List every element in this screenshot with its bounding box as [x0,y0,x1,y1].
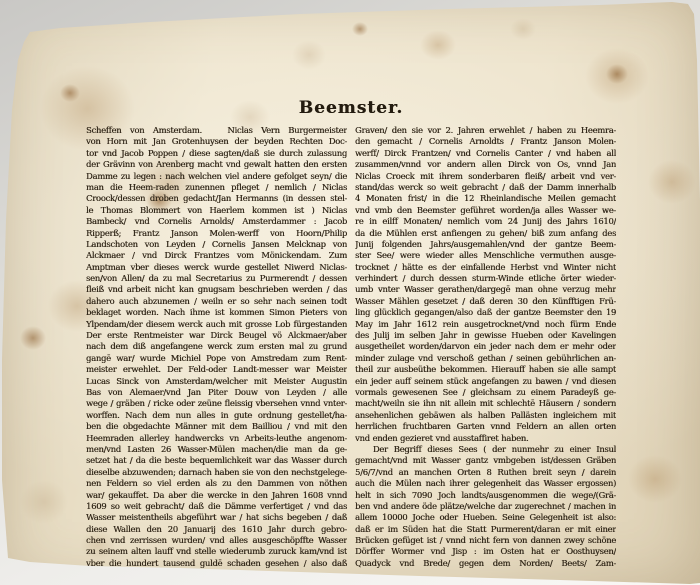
text-line: May im Jahr 1612 rein ausgetrocknet/vnd … [355,319,616,330]
stain-spot [606,64,628,84]
text-line: nach dem diß angefangene werck zum erste… [86,341,347,352]
text-line: ein jeder auff seinem stück angefangen z… [355,376,616,387]
stain-spot [20,326,46,350]
text-line: der Grävinn von Arenberg macht vnd gewal… [86,159,347,170]
text-line: Damme zu legen : nach welchen viel ander… [86,171,347,182]
text-line: gangē war/ wurde Michiel Pope von Amstre… [86,353,347,364]
text-line: allem 10000 Joche oder Hueben. Seine Gel… [355,512,616,523]
text-line: setzet hat / da die beste bequemlichkeit… [86,455,347,466]
text-line: beklaget worden. Nach ihme ist kommen Si… [86,307,347,318]
text-line: dieselbe abzuwenden; darnach haben sie v… [86,467,347,478]
text-line: zusammen/vnnd vor andern allen Dirck von… [355,159,616,170]
text-line: Amptman vber dieses werck wurde gestelle… [86,262,347,273]
text-line: chen vnd zerrissen wurden/ vnd alles aus… [86,535,347,546]
text-line: von Horn mit Jan Grotenhuysen der beyden… [86,136,347,147]
text-line: Alckmaer / vnd Dirck Frantzes vom Mönick… [86,250,347,261]
text-block: Beemster. Scheffen von Amsterdam. Niclas… [86,98,616,569]
text-line: 4 Monaten frist/ in die 12 Rheinlandisch… [355,193,616,204]
text-line: stand/das werck so weit gebracht / daß d… [355,182,616,193]
text-line: Wasser Mählen gesetzet / daß deren 30 de… [355,296,616,307]
stain-spot [510,18,536,40]
text-line: ling glücklich gegangen/also daß der gan… [355,307,616,318]
text-line: Dörffer Wormer vnd Jisp : im Osten hat e… [355,546,616,557]
text-line: herrlichen fruchtbaren Garten vnnd Felde… [355,421,616,432]
document-page: Beemster. Scheffen von Amsterdam. Niclas… [0,0,700,585]
text-line: Brücken gefüget ist / vnnd nicht fern vo… [355,535,616,546]
stain-spot [628,455,682,503]
stain-spot [292,40,326,70]
text-line: werff/ Dirck Frantzen/ vnd Cornelis Cant… [355,148,616,159]
text-line: trocknet / hätte es der einfallende Herb… [355,262,616,273]
text-line: Lucas Sinck von Amsterdam/welcher mit Me… [86,376,347,387]
text-line: sen/von Allen/ da zu mal Secretarius zu … [86,273,347,284]
text-line: ansehenlichen gebäwen als halben Palläst… [355,410,616,421]
text-line: zu seinem alten lauff vnd stelle wiederu… [86,546,347,557]
text-line: helt in sich 7090 Joch landts/ausgenomme… [355,490,616,501]
text-line: Ylpendam/der diesem werck auch mit gross… [86,319,347,330]
text-line: ben vnd andere öde plätze/welche dar zug… [355,501,616,512]
stain-spot [352,22,368,36]
text-line: Der Begriff dieses Sees ( der nunmehr zu… [355,444,616,455]
text-line: 1609 so weit gebracht/ daß die Dämme ver… [86,501,347,512]
text-line: Scheffen von Amsterdam. Niclas Vern Burg… [86,125,347,136]
text-line: Bas von Alemaer/vnd Jan Piter Douw von L… [86,387,347,398]
stain-spot [20,480,68,524]
text-line: Heemraden allerley handwercks vn Arbeits… [86,433,347,444]
text-line: Bambeck/ vnd Cornelis Arnolds/ Amsterdam… [86,216,347,227]
two-column-text: Scheffen von Amsterdam. Niclas Vern Burg… [86,125,616,569]
text-line: ausgetheilet worden/darvon ein jeder nac… [355,341,616,352]
text-line: Croock/dessen droben gedacht/Jan Hermann… [86,193,347,204]
text-line: den gemacht / Cornelis Arnoldts / Frantz… [355,136,616,147]
text-line: men/vnd Lasten 26 Wasser-Mülen machen/di… [86,444,347,455]
stain-spot [420,30,456,60]
text-line: vnd enden gezieret vnd ausstaffiret habe… [355,433,616,444]
text-line: Der erste Rentmeister war Dirck Beugel v… [86,330,347,341]
text-line: nen Feldern so viel erden als zu den Dam… [86,478,347,489]
text-line: macht/weiln sie ihn nit allein mit schle… [355,398,616,409]
text-line: da die Mühlen erst anfiengen zu gehen/ b… [355,228,616,239]
text-line: verhindert / durch dessen sturm-Winde et… [355,273,616,284]
stain-spot [60,84,80,102]
text-line: le Thomas Blommert von Haerlem kommen is… [86,205,347,216]
text-line: ben die obgedachte Männer mit dem Bailli… [86,421,347,432]
text-column-right: Graven/ den sie vor 2. Jahren erwehlet /… [355,125,616,569]
text-line: fleiß vnd arbeit nicht kan gnugsam besch… [86,284,347,295]
text-line: 5/6/7/vnd an manchen Orten 8 Ruthen brei… [355,467,616,478]
text-line: gemacht/vnd mit Wasser gantz vmbgeben is… [355,455,616,466]
text-line: minder zulage vnd verschoß gethan / sein… [355,353,616,364]
text-line: war/ gekauffet. Da aber die wercke in de… [86,490,347,501]
text-line: vnd vmb den Beemster geführet worden/ja … [355,205,616,216]
page-title: Beemster. [86,98,616,118]
text-line: Graven/ den sie vor 2. Jahren erwehlet /… [355,125,616,136]
text-line: auch die Mülen nach ihrer gelegenheit da… [355,478,616,489]
text-line: theil zur ausbeüthe bekommen. Hierauff h… [355,364,616,375]
text-line: meister erwehlet. Der Feld-oder Landt-me… [86,364,347,375]
text-column-left: Scheffen von Amsterdam. Niclas Vern Burg… [86,125,347,569]
text-line: dahero auch abzunemen / weiln er so sehr… [86,296,347,307]
text-line: Niclas Croeck mit ihrem sonderbaren flei… [355,171,616,182]
text-line: tor vnd Jacob Poppen / diese sagten/daß … [86,148,347,159]
text-line: wege / gräben / ricke oder zeüne fleissi… [86,398,347,409]
text-line: man die Heem-raden zunennen pfleget / ne… [86,182,347,193]
text-line: re in eilff Monaten/ nemlich vom 24 Juni… [355,216,616,227]
text-line: des Julij im selben Jahr in gewisse Hueb… [355,330,616,341]
text-line: daß er im Süden hat die Statt Purmerent/… [355,524,616,535]
stain-spot [648,160,696,204]
stain-spot [585,48,649,104]
text-line: Landschoten von Leyden / Cornelis Jansen… [86,239,347,250]
text-line: vber die hundert tausend guldē schaden g… [86,558,347,569]
text-line: worffen. Nach dem nun alles in gute ordn… [86,410,347,421]
text-line: umb vnter Wasser gerathen/dargegē man oh… [355,284,616,295]
text-line: diese Wallen den 20 Januarij des 1610 Ja… [86,524,347,535]
text-line: Ripperß; Frantz Janson Molen-werff von H… [86,228,347,239]
text-line: Wasser meistentheils abgeführt war / hat… [86,512,347,523]
text-line: vormals gewesenen See / gleichsam zu ein… [355,387,616,398]
text-line: Quadyck vnd Brede/ gegen dem Norden/ Bee… [355,558,616,569]
text-line: Junij folgenden Jahrs/ausgemahlen/vnd de… [355,239,616,250]
text-line: ster See/ were wieder alles Menschliche … [355,250,616,261]
